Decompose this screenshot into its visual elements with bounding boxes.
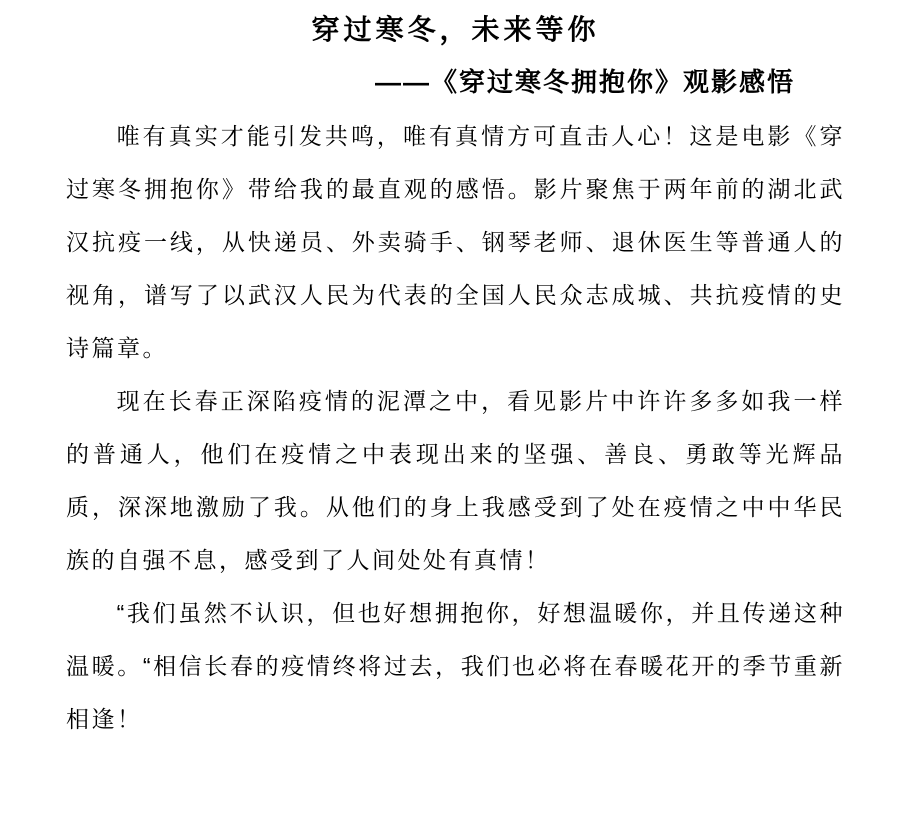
body-paragraph-1: 唯有真实才能引发共鸣，唯有真情方可直击人心！这是电影《穿过寒冬拥抱你》带给我的最… xyxy=(66,110,845,375)
body-paragraph-2: 现在长春正深陷疫情的泥潭之中，看见影片中许许多多如我一样的普通人，他们在疫情之中… xyxy=(66,375,845,587)
body-paragraph-3: “我们虽然不认识，但也好想拥抱你，好想温暖你，并且传递这种温暖。“相信长春的疫情… xyxy=(66,587,845,746)
document-subtitle: ——《穿过寒冬拥抱你》观影感悟 xyxy=(66,62,795,102)
document-page: 穿过寒冬，未来等你 ——《穿过寒冬拥抱你》观影感悟 唯有真实才能引发共鸣，唯有真… xyxy=(0,0,921,840)
document-body: 唯有真实才能引发共鸣，唯有真情方可直击人心！这是电影《穿过寒冬拥抱你》带给我的最… xyxy=(66,110,845,746)
document-title: 穿过寒冬，未来等你 xyxy=(66,6,845,52)
